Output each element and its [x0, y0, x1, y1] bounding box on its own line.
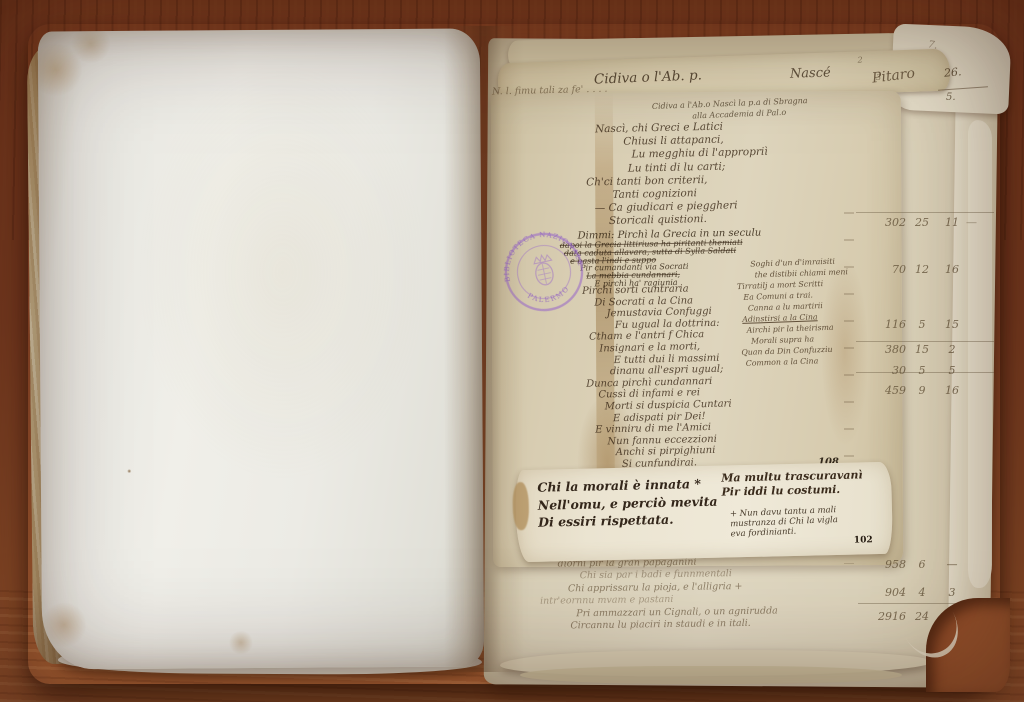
stamp-text-bottom: PALERMO — [525, 283, 573, 308]
ledger-value-1: 459 — [858, 384, 906, 397]
slip-torn-notch — [512, 482, 529, 530]
ledger-dash — [966, 384, 978, 397]
ledger-dash — [966, 558, 978, 571]
docket-number: 26. — [943, 65, 962, 79]
slip-small-note: + Nun davu tantu a malimustranza di Chi … — [730, 506, 839, 540]
slip-ink-mark: 102 — [854, 535, 873, 545]
ledger-value-3: 16 — [938, 263, 966, 276]
slip-reply-text: Ma multu trascuravanìPir iddi lu costumi… — [721, 468, 863, 498]
corner-page-number: 7. — [927, 39, 938, 51]
ledger-value-3: 3 — [938, 586, 966, 599]
ledger-rule — [856, 212, 994, 213]
footer-faint-lines: diorni pir la gran papaganiniChi sia par… — [539, 553, 940, 633]
glued-note-slip: Chi la morali è innata *Nell'omu, e perc… — [515, 462, 893, 563]
ledger-rule — [856, 372, 994, 373]
ledger-row: 30 5 5 — [858, 364, 992, 377]
library-stamp: BIBLIOTECA NAZIONALE PALERMO — [489, 217, 598, 326]
ledger-value-2: 9 — [906, 384, 938, 397]
left-blank-page — [38, 28, 484, 669]
ledger-dash — [966, 318, 978, 331]
ledger-value-3: 16 — [938, 384, 966, 397]
ledger-row: 459 9 16 — [858, 384, 992, 397]
stamp-crest-emblem — [532, 253, 556, 286]
ledger-value-1: 30 — [858, 364, 906, 377]
bottom-page-edge-right-2 — [520, 666, 902, 684]
slip-maxim-text: Chi la morali è innata *Nell'omu, e perc… — [537, 475, 718, 532]
title-dedicatee: Nascé — [790, 65, 831, 81]
handwritten-line: Di essiri rispettata. — [538, 510, 718, 532]
stamp-text-top: BIBLIOTECA NAZIONALE — [495, 223, 584, 283]
ledger-value-2: 25 — [906, 216, 938, 229]
ledger-dash — [966, 343, 978, 356]
handwritten-line: eva fordinianti. — [731, 526, 839, 540]
ledger-value-3: — — [938, 558, 966, 571]
docket-sub-number: 5. — [946, 92, 956, 103]
left-page-stains — [38, 28, 484, 669]
stamp-arc-text-bottom: PALERMO — [525, 283, 573, 308]
ledger-value-3: 11 — [938, 216, 966, 229]
title-mark: 2 — [857, 55, 862, 64]
stamp-arc-text-top: BIBLIOTECA NAZIONALE — [495, 223, 584, 283]
ledger-dash: — — [966, 216, 978, 229]
ledger-dash — [966, 364, 978, 377]
handwritten-line: Pir iddi lu costumi. — [721, 482, 863, 499]
ledger-value-2: 5 — [906, 364, 938, 377]
ledger-value-3: 15 — [938, 318, 966, 331]
ledger-value-3: 5 — [938, 364, 966, 377]
photo-open-manuscript-book: 302 25 11 — 70 12 16 116 5 15 380 15 2 3… — [0, 0, 1024, 702]
marginal-gloss-notes: Soghi d'un d'imraisitithe distibii chiam… — [736, 253, 915, 369]
ledger-value-3: 2 — [938, 343, 966, 356]
ledger-dash — [966, 263, 978, 276]
poem-opening-stanza: Nascì, chi Greci e LaticiChiusi li attap… — [585, 118, 827, 229]
